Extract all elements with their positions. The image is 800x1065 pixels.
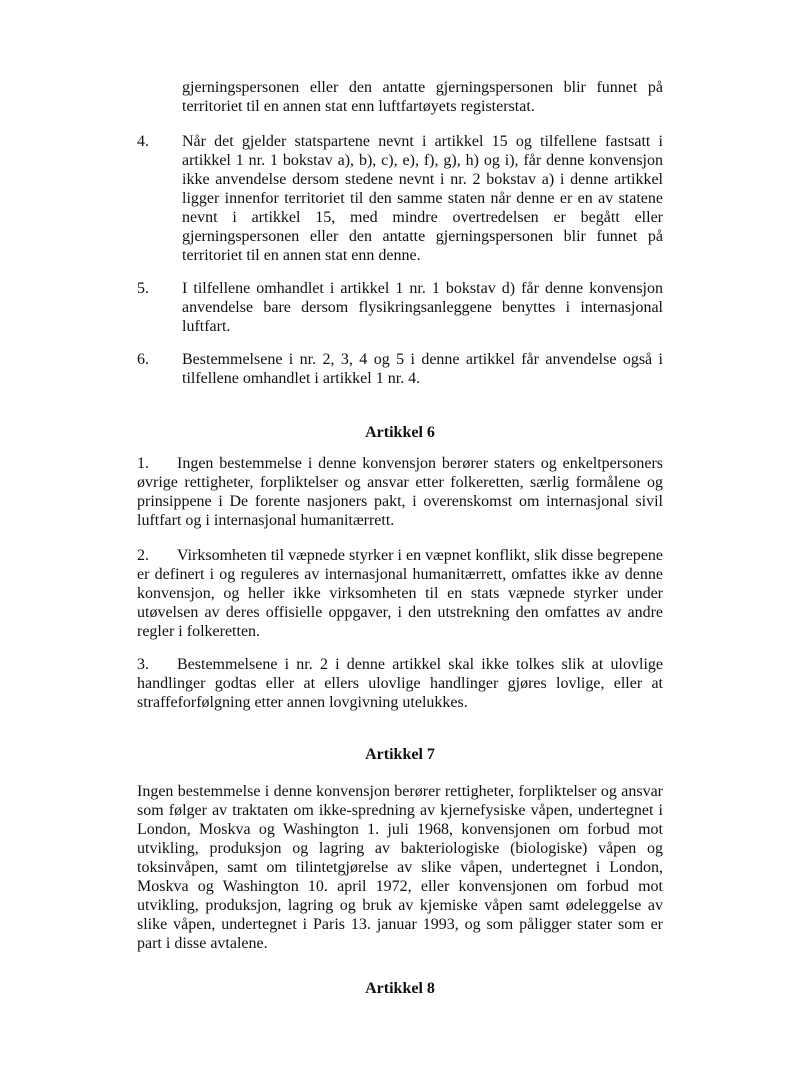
paragraph-text: Bestemmelsene i nr. 2 i denne artikkel s… bbox=[137, 656, 663, 711]
list-item-number: 6. bbox=[137, 350, 149, 369]
list-item-number: 4. bbox=[137, 132, 149, 151]
paragraph-number: 1. bbox=[137, 454, 177, 473]
paragraph-continuation: gjerningspersonen eller den antatte gjer… bbox=[182, 78, 663, 116]
article-7-body: Ingen bestemmelse i denne konvensjon ber… bbox=[137, 782, 663, 953]
document-page: gjerningspersonen eller den antatte gjer… bbox=[0, 0, 800, 1065]
list-item-5: 5. I tilfellene omhandlet i artikkel 1 n… bbox=[137, 279, 663, 336]
article-6-heading: Artikkel 6 bbox=[137, 423, 663, 442]
paragraph-number: 2. bbox=[137, 546, 177, 565]
list-item-text: Når det gjelder statspartene nevnt i art… bbox=[182, 133, 663, 264]
list-item-6: 6. Bestemmelsene i nr. 2, 3, 4 og 5 i de… bbox=[137, 350, 663, 388]
list-item-number: 5. bbox=[137, 279, 149, 298]
list-item-text: I tilfellene omhandlet i artikkel 1 nr. … bbox=[182, 280, 663, 335]
article-6-paragraph-1: 1.Ingen bestemmelse i denne konvensjon b… bbox=[137, 454, 663, 530]
article-7-heading: Artikkel 7 bbox=[137, 745, 663, 764]
article-8-heading: Artikkel 8 bbox=[137, 979, 663, 998]
paragraph-text: Ingen bestemmelse i denne konvensjon ber… bbox=[137, 455, 663, 529]
list-item-4: 4. Når det gjelder statspartene nevnt i … bbox=[137, 132, 663, 265]
paragraph-number: 3. bbox=[137, 655, 177, 674]
list-item-text: Bestemmelsene i nr. 2, 3, 4 og 5 i denne… bbox=[182, 351, 663, 387]
paragraph-text: Virksomheten til væpnede styrker i en væ… bbox=[137, 547, 663, 640]
article-6-paragraph-2: 2.Virksomheten til væpnede styrker i en … bbox=[137, 546, 663, 641]
article-6-paragraph-3: 3.Bestemmelsene i nr. 2 i denne artikkel… bbox=[137, 655, 663, 712]
